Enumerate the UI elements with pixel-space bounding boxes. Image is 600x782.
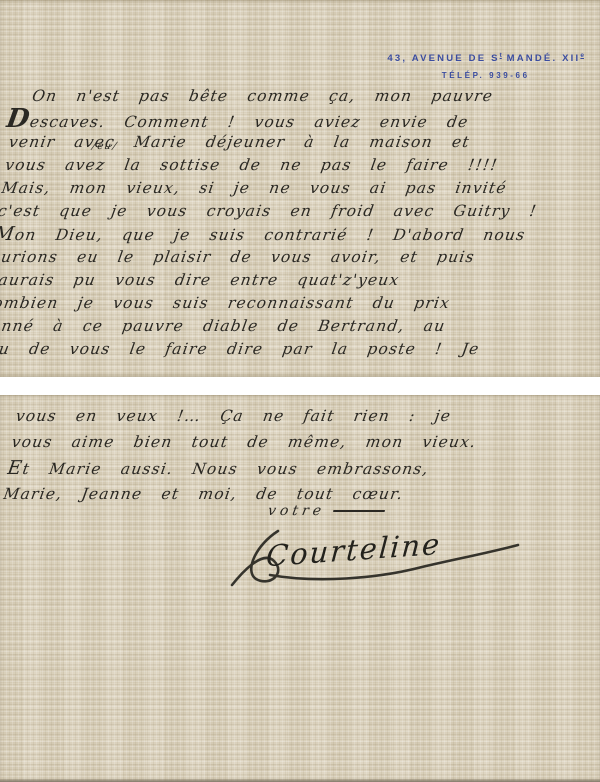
letterhead-address: 43, AVENUE DE St MANDÉ. XIIe [387, 52, 584, 64]
letterhead-address-superscript: e [580, 52, 584, 59]
letterhead: 43, AVENUE DE St MANDÉ. XIIe TÉLÉP. 939-… [387, 52, 584, 80]
signature: Courteline [238, 517, 558, 589]
handwritten-line: Mais, mon vieux, si je ne vous ai pas in… [0, 177, 573, 200]
handwritten-line: aurions eu le plaisir de vous avoir, et … [0, 246, 563, 269]
handwritten-text-page-1: On n'est pas bête comme ça, mon pauvre D… [0, 85, 588, 361]
letterhead-phone: TÉLÉP. 939-66 [387, 71, 584, 80]
handwritten-line: c'est que je vous croyais en froid avec … [0, 200, 570, 223]
handwritten-line: On n'est pas bête comme ça, mon pauvre [14, 85, 588, 108]
interline-insertion: eu [91, 141, 118, 152]
handwritten-line: Et Marie aussi. Nous vous embrassons, [6, 455, 580, 481]
handwritten-line: Descaves. Comment ! vous aviez envie de [5, 108, 585, 131]
handwritten-line: lieu de vous le faire dire par la poste … [0, 338, 548, 361]
handwritten-line: Mon Dieu, que je suis contrarié ! D'abor… [0, 223, 566, 246]
handwritten-text-page-2: vous en veux !… Ça ne fait rien : je vou… [2, 403, 588, 507]
handwritten-line: combien je vous suis reconnaissant du pr… [0, 292, 555, 315]
handwritten-line: j'aurais pu vous dire entre quat'z'yeux [0, 269, 559, 292]
handwritten-line: vous en veux !… Ça ne fait rien : je [14, 403, 588, 429]
letterhead-address-text: MANDÉ. XII [502, 53, 581, 64]
letter-page-1: 43, AVENUE DE St MANDÉ. XIIe TÉLÉP. 939-… [0, 0, 600, 377]
letter-page-2: vous en veux !… Ça ne fait rien : je vou… [0, 395, 600, 782]
handwritten-line: vous aime bien tout de même, mon vieux. [10, 429, 584, 455]
handwritten-line: donné à ce pauvre diable de Bertrand, au [0, 315, 552, 338]
letterhead-address-text: 43, AVENUE DE S [387, 53, 499, 64]
handwritten-line: vous avez la sottise de ne pas le faire … [3, 154, 577, 177]
